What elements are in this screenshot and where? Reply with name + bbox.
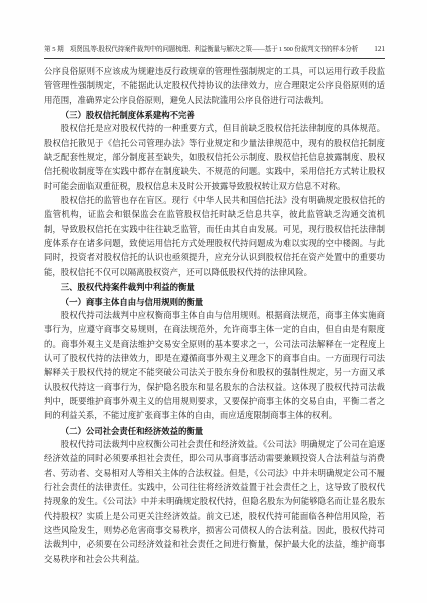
paragraph: 股权信托是应对股权代持的一种重要方式，但目前缺乏股权信托法律制度的具体规范。股权…: [44, 122, 385, 194]
paragraph: 股权代持司法裁判中应权衡公司社会责任和经济效益。《公司法》明确规定了公司在追逐经…: [44, 438, 385, 567]
subsection-heading-1: （一）商事主体自由与信用规则的衡量: [44, 295, 385, 309]
section-heading-3: 三、股权代持案件裁判中利益的衡量: [44, 280, 385, 294]
subsection-heading-2: （二）公司社会责任和经济效益的衡量: [44, 424, 385, 438]
journal-page: 第 5 期 项贤国,等:股权代持案件裁判中的问题梳理、利益衡量与解决之策——基于…: [0, 0, 427, 603]
article-body: 公序良俗原则不应该成为规避违反行政规章的管理性强制规定的工具，可以运用行政手段监…: [44, 65, 385, 567]
page-number: 121: [374, 45, 385, 54]
paragraph: 股权代持司法裁判中应权衡商事主体自由与信用规则。根据商法规范，商事主体实施商事行…: [44, 309, 385, 424]
paragraph: 公序良俗原则不应该成为规避违反行政规章的管理性强制规定的工具，可以运用行政手段监…: [44, 65, 385, 108]
running-title: 项贤国,等:股权代持案件裁判中的问题梳理、利益衡量与解决之策——基于 1 500…: [70, 45, 366, 54]
header-rule: [44, 58, 385, 59]
paragraph: 股权信托的监管也存在盲区。现行《中华人民共和国信托法》没有明确规定股权信托的监管…: [44, 194, 385, 280]
issue-label: 第 5 期: [44, 45, 64, 54]
subsection-heading-3: （三）股权信托制度体系建构不完善: [44, 108, 385, 122]
journal-running-header: 第 5 期 项贤国,等:股权代持案件裁判中的问题梳理、利益衡量与解决之策——基于…: [44, 45, 385, 54]
